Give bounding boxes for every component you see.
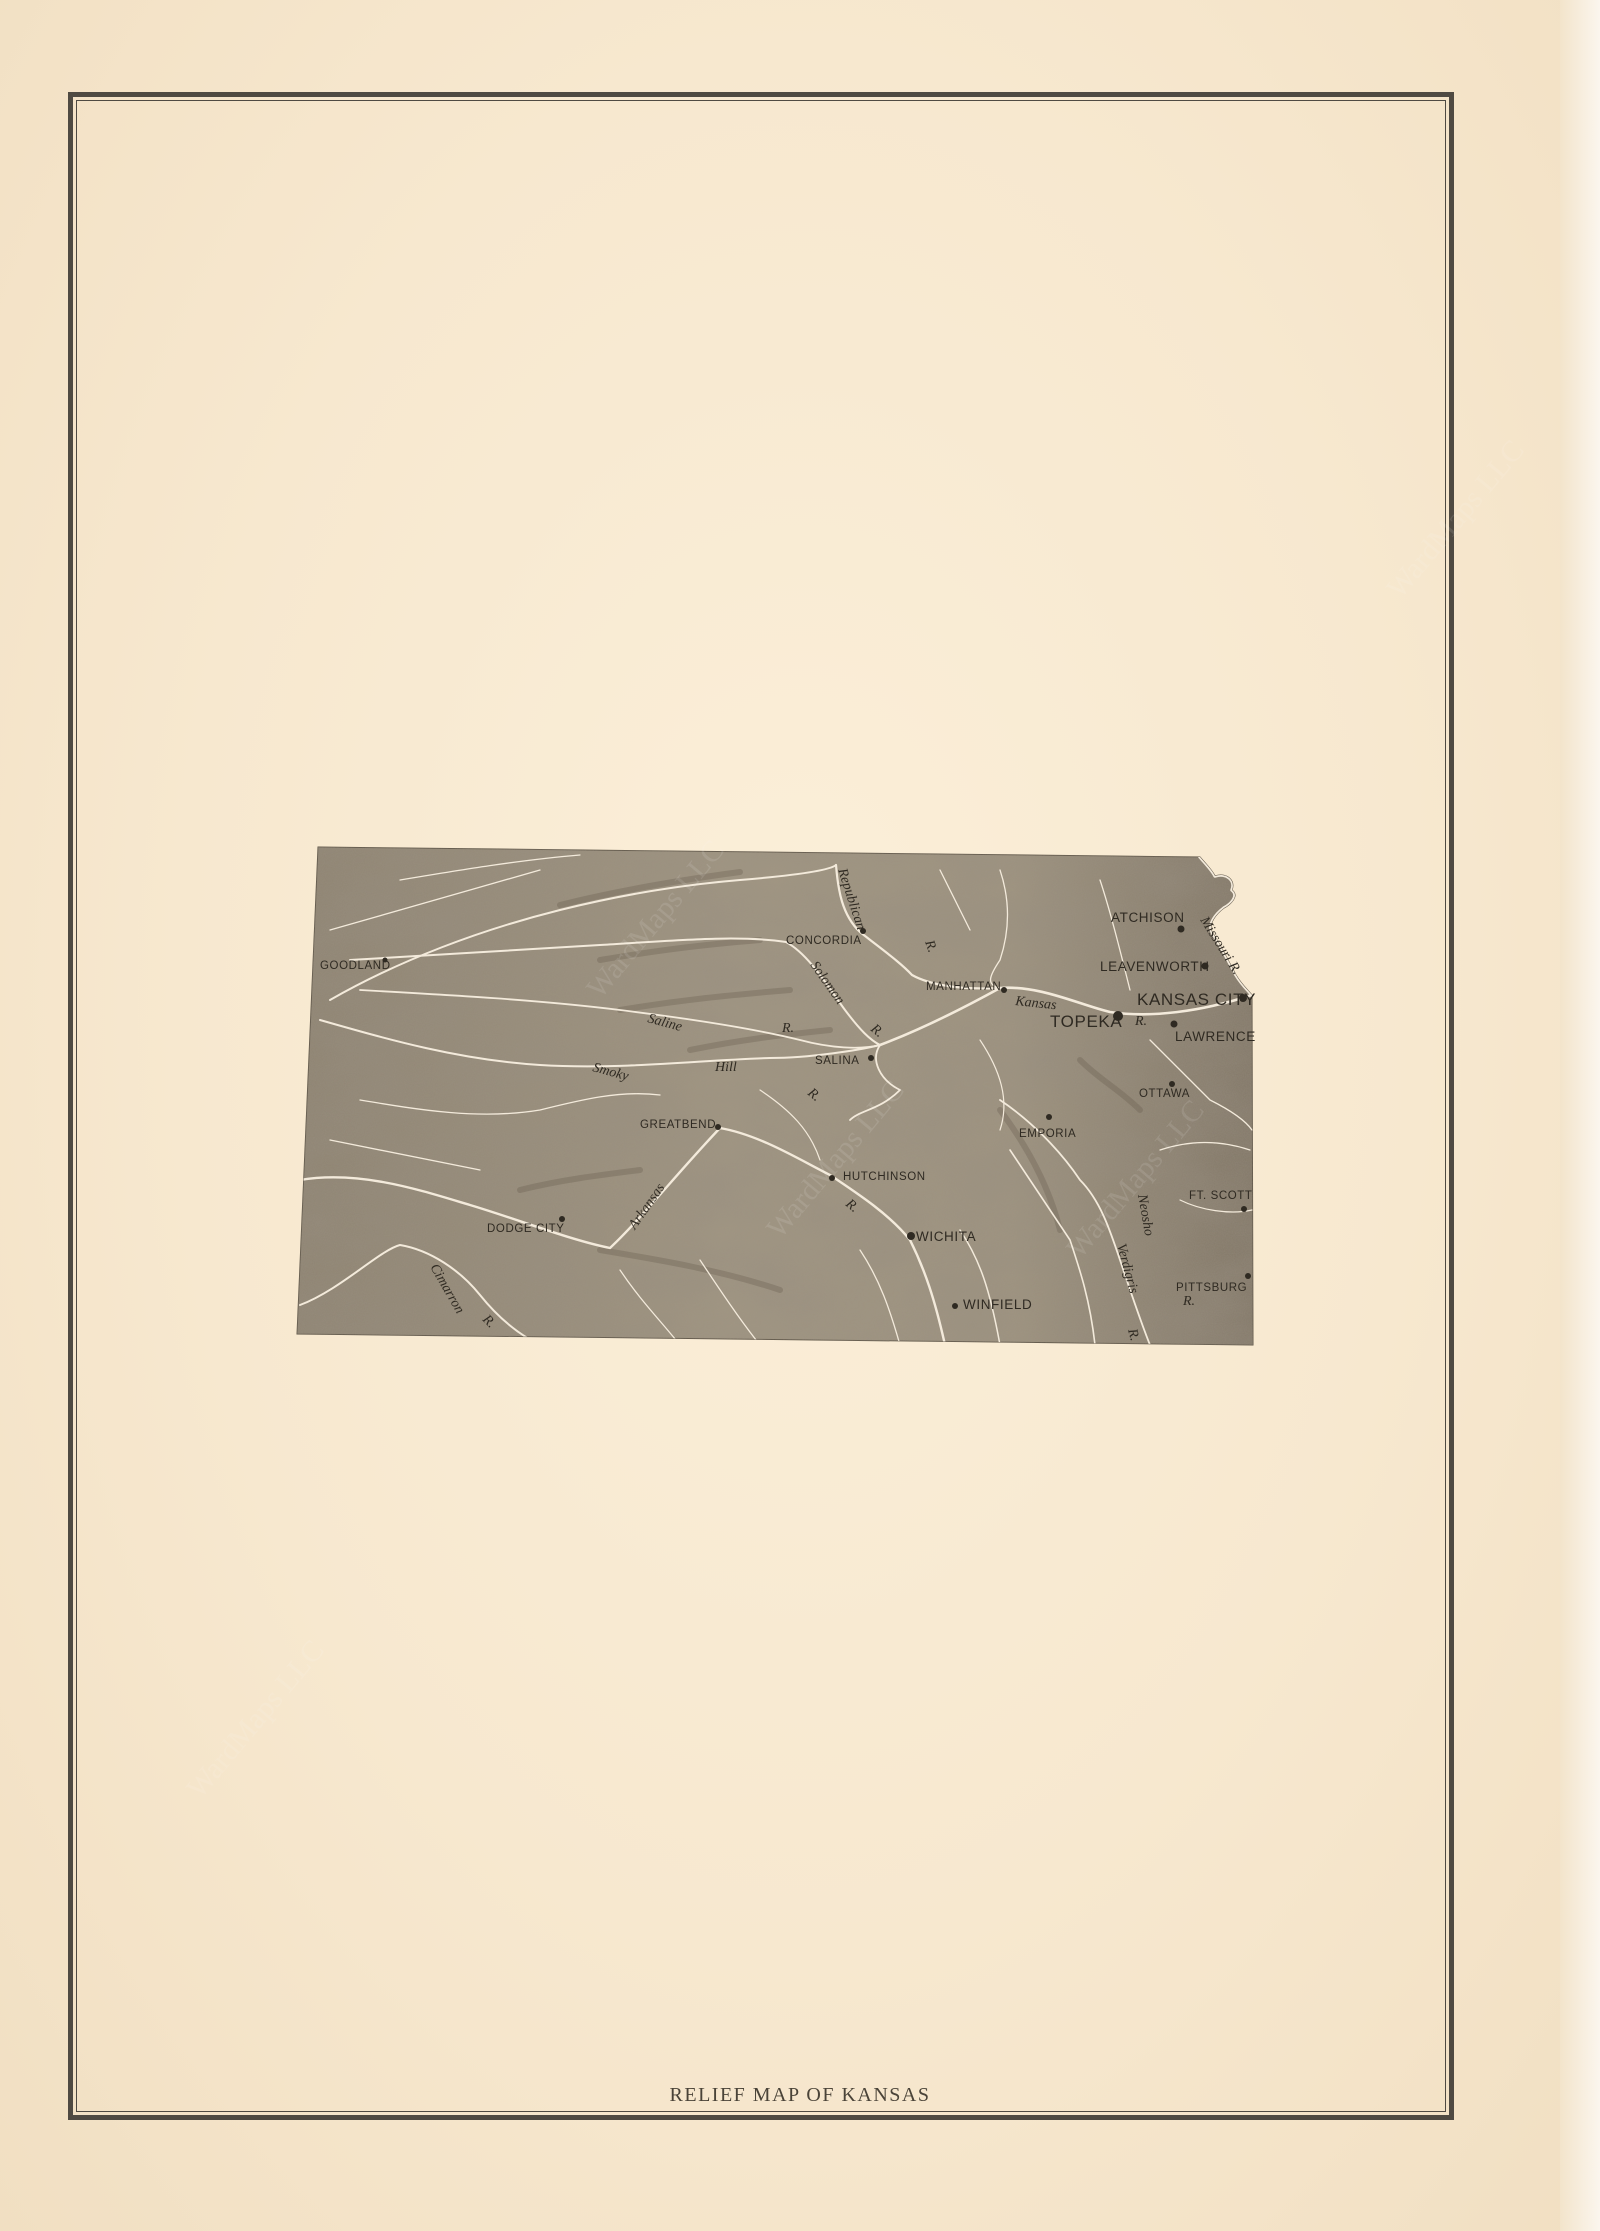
- svg-text:WICHITA: WICHITA: [916, 1229, 976, 1244]
- svg-text:ATCHISON: ATCHISON: [1111, 910, 1185, 925]
- city-topeka: TOPEKA: [1050, 1011, 1123, 1031]
- svg-text:WardMaps LLC: WardMaps LLC: [180, 1634, 331, 1805]
- city-marker-icon: [907, 1232, 915, 1240]
- city-wichita: WICHITA: [907, 1229, 976, 1244]
- city-marker-icon: [559, 1216, 565, 1222]
- city-marker-icon: [829, 1175, 835, 1181]
- svg-text:GOODLAND: GOODLAND: [320, 960, 391, 972]
- city-marker-icon: [868, 1055, 874, 1061]
- city-marker-icon: [1169, 1081, 1175, 1087]
- svg-text:KANSAS CITY: KANSAS CITY: [1137, 990, 1256, 1009]
- city-marker-icon: [1171, 1021, 1178, 1028]
- svg-text:WINFIELD: WINFIELD: [963, 1297, 1032, 1312]
- svg-text:LEAVENWORTH: LEAVENWORTH: [1100, 959, 1210, 974]
- river-label-r: R.: [781, 1021, 794, 1036]
- city-marker-icon: [1241, 1206, 1247, 1212]
- city-leavenworth: LEAVENWORTH: [1100, 959, 1210, 974]
- city-hutchinson: HUTCHINSON: [829, 1171, 926, 1183]
- svg-text:OTTAWA: OTTAWA: [1139, 1088, 1190, 1100]
- city-marker-icon: [1001, 987, 1007, 993]
- city-marker-icon: [952, 1303, 958, 1309]
- svg-text:PITTSBURG: PITTSBURG: [1176, 1282, 1247, 1294]
- svg-text:HUTCHINSON: HUTCHINSON: [843, 1171, 926, 1183]
- svg-text:FT. SCOTT: FT. SCOTT: [1189, 1190, 1253, 1202]
- city-manhattan: MANHATTAN: [926, 981, 1007, 993]
- svg-text:SALINA: SALINA: [815, 1055, 860, 1067]
- svg-text:DODGE CITY: DODGE CITY: [487, 1223, 565, 1235]
- city-marker-icon: [1178, 926, 1185, 933]
- svg-text:LAWRENCE: LAWRENCE: [1175, 1029, 1256, 1044]
- river-label-hill: Hill: [714, 1060, 737, 1075]
- svg-text:TOPEKA: TOPEKA: [1050, 1012, 1122, 1031]
- river-label-r: R.: [1134, 1014, 1147, 1029]
- svg-text:MANHATTAN: MANHATTAN: [926, 981, 1001, 993]
- city-winfield: WINFIELD: [952, 1297, 1032, 1312]
- svg-text:GREATBEND: GREATBEND: [640, 1119, 716, 1131]
- svg-text:EMPORIA: EMPORIA: [1019, 1128, 1076, 1140]
- relief-map-kansas: WardMaps LLC WardMaps LLC WardMaps LLC W…: [0, 0, 1600, 2231]
- map-caption: RELIEF MAP OF KANSAS: [0, 2084, 1600, 2107]
- city-marker-icon: [1245, 1273, 1251, 1279]
- city-goodland: GOODLAND: [320, 958, 391, 973]
- svg-text:WardMaps LLC: WardMaps LLC: [1380, 434, 1531, 605]
- svg-text:CONCORDIA: CONCORDIA: [786, 935, 862, 947]
- city-great-bend: GREATBEND: [640, 1119, 721, 1131]
- city-marker-icon: [1046, 1114, 1052, 1120]
- river-label-r: R.: [1182, 1294, 1195, 1309]
- city-kansas-city: KANSAS CITY: [1137, 990, 1256, 1009]
